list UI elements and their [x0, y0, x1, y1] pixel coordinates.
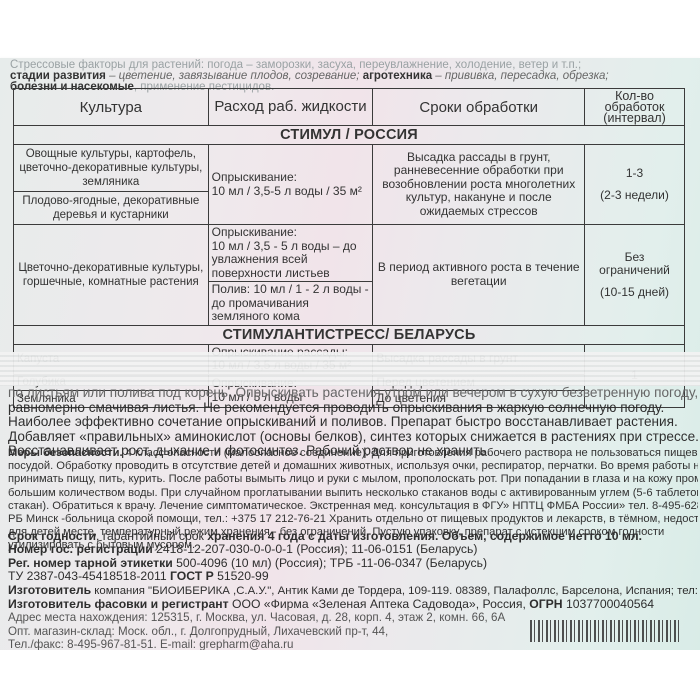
safety-label: Меры безопасности.	[8, 447, 123, 459]
table-header-row: Культура Расход раб. жидкости Сроки обра…	[14, 89, 685, 126]
usage-line: Добавляет «правильных» аминокислот (осно…	[8, 430, 698, 445]
section-row-russia: СТИМУЛ / РОССИЯ	[14, 126, 685, 145]
usage-line: равномерно смачивая листья. Не рекоменду…	[8, 401, 698, 416]
timing-cell: В период активного роста в течение вегет…	[373, 225, 585, 326]
count-cell: 1-3 (2-3 недели)	[585, 145, 685, 225]
crop-cell: Плодово-ягодные, декоративные деревья и …	[14, 192, 208, 224]
crop-cell: Цветочно-декоративные культуры, горшечны…	[14, 225, 209, 326]
header-dose: Расход раб. жидкости	[208, 89, 373, 126]
manufacturer: Изготовитель компания "БИОИБЕРИКА ,С.А.У…	[8, 584, 698, 598]
timing-cell: Высадка рассады в грунт, ранневесенние о…	[373, 145, 585, 225]
header-count: Кол-во обработок (интервал)	[585, 89, 685, 126]
usage-line: по листьям или полива под корень. Опрыск…	[8, 386, 698, 401]
safety-line: принимать пищу, пить, курить. После рабо…	[8, 473, 698, 486]
safety-line: РБ Минск -больница скорой помощи, тел.: …	[8, 513, 698, 526]
barcode	[530, 620, 680, 642]
safety-line: посудой. Обработку проводить в отсутстви…	[8, 460, 698, 473]
section-title: СТИМУЛ / РОССИЯ	[14, 126, 685, 145]
section-title: СТИМУЛАНТИСТРЕСС/ БЕЛАРУСЬ	[14, 325, 685, 344]
safety-line: стакан). Обратиться к врачу. Лечение сим…	[8, 500, 698, 513]
background-bottom	[0, 650, 700, 700]
dose-cell: Опрыскивание: 10 мл / 3,5 - 5 л воды – д…	[208, 225, 373, 326]
table-row: Овощные культуры, картофель, цветочно-де…	[14, 145, 685, 225]
count-cell: Без ограничений (10-15 дней)	[585, 225, 685, 326]
package-seal	[0, 352, 700, 386]
crop-cell: Овощные культуры, картофель, цветочно-де…	[14, 145, 208, 192]
packer-registrant: Изготовитель фасовки и регистрант ООО «Ф…	[8, 598, 698, 611]
safety-line: большим количеством воды. При случайном …	[8, 487, 698, 500]
dose-cell: Опрыскивание: 10 мл / 3,5-5 л воды / 35 …	[208, 145, 373, 225]
tare-label-number: Рег. номер тарной этикетки 500-4096 (10 …	[8, 557, 698, 570]
section-row-belarus: СТИМУЛАНТИСТРЕСС/ БЕЛАРУСЬ	[14, 325, 685, 344]
registration-number: Номер гос. регистрации 2418-12-207-030-0…	[8, 543, 698, 556]
header-timing: Сроки обработки	[373, 89, 585, 126]
header-crop: Культура	[14, 89, 209, 126]
shelf-life: Срок годности, гарантийный срок хранения…	[8, 530, 698, 543]
tu-gost: ТУ 2387-043-45418518-2011 ГОСТ Р 51520-9…	[8, 570, 698, 583]
usage-line: Наиболее эффективно сочетание опрыскиван…	[8, 415, 698, 430]
table-row: Цветочно-декоративные культуры, горшечны…	[14, 225, 685, 326]
